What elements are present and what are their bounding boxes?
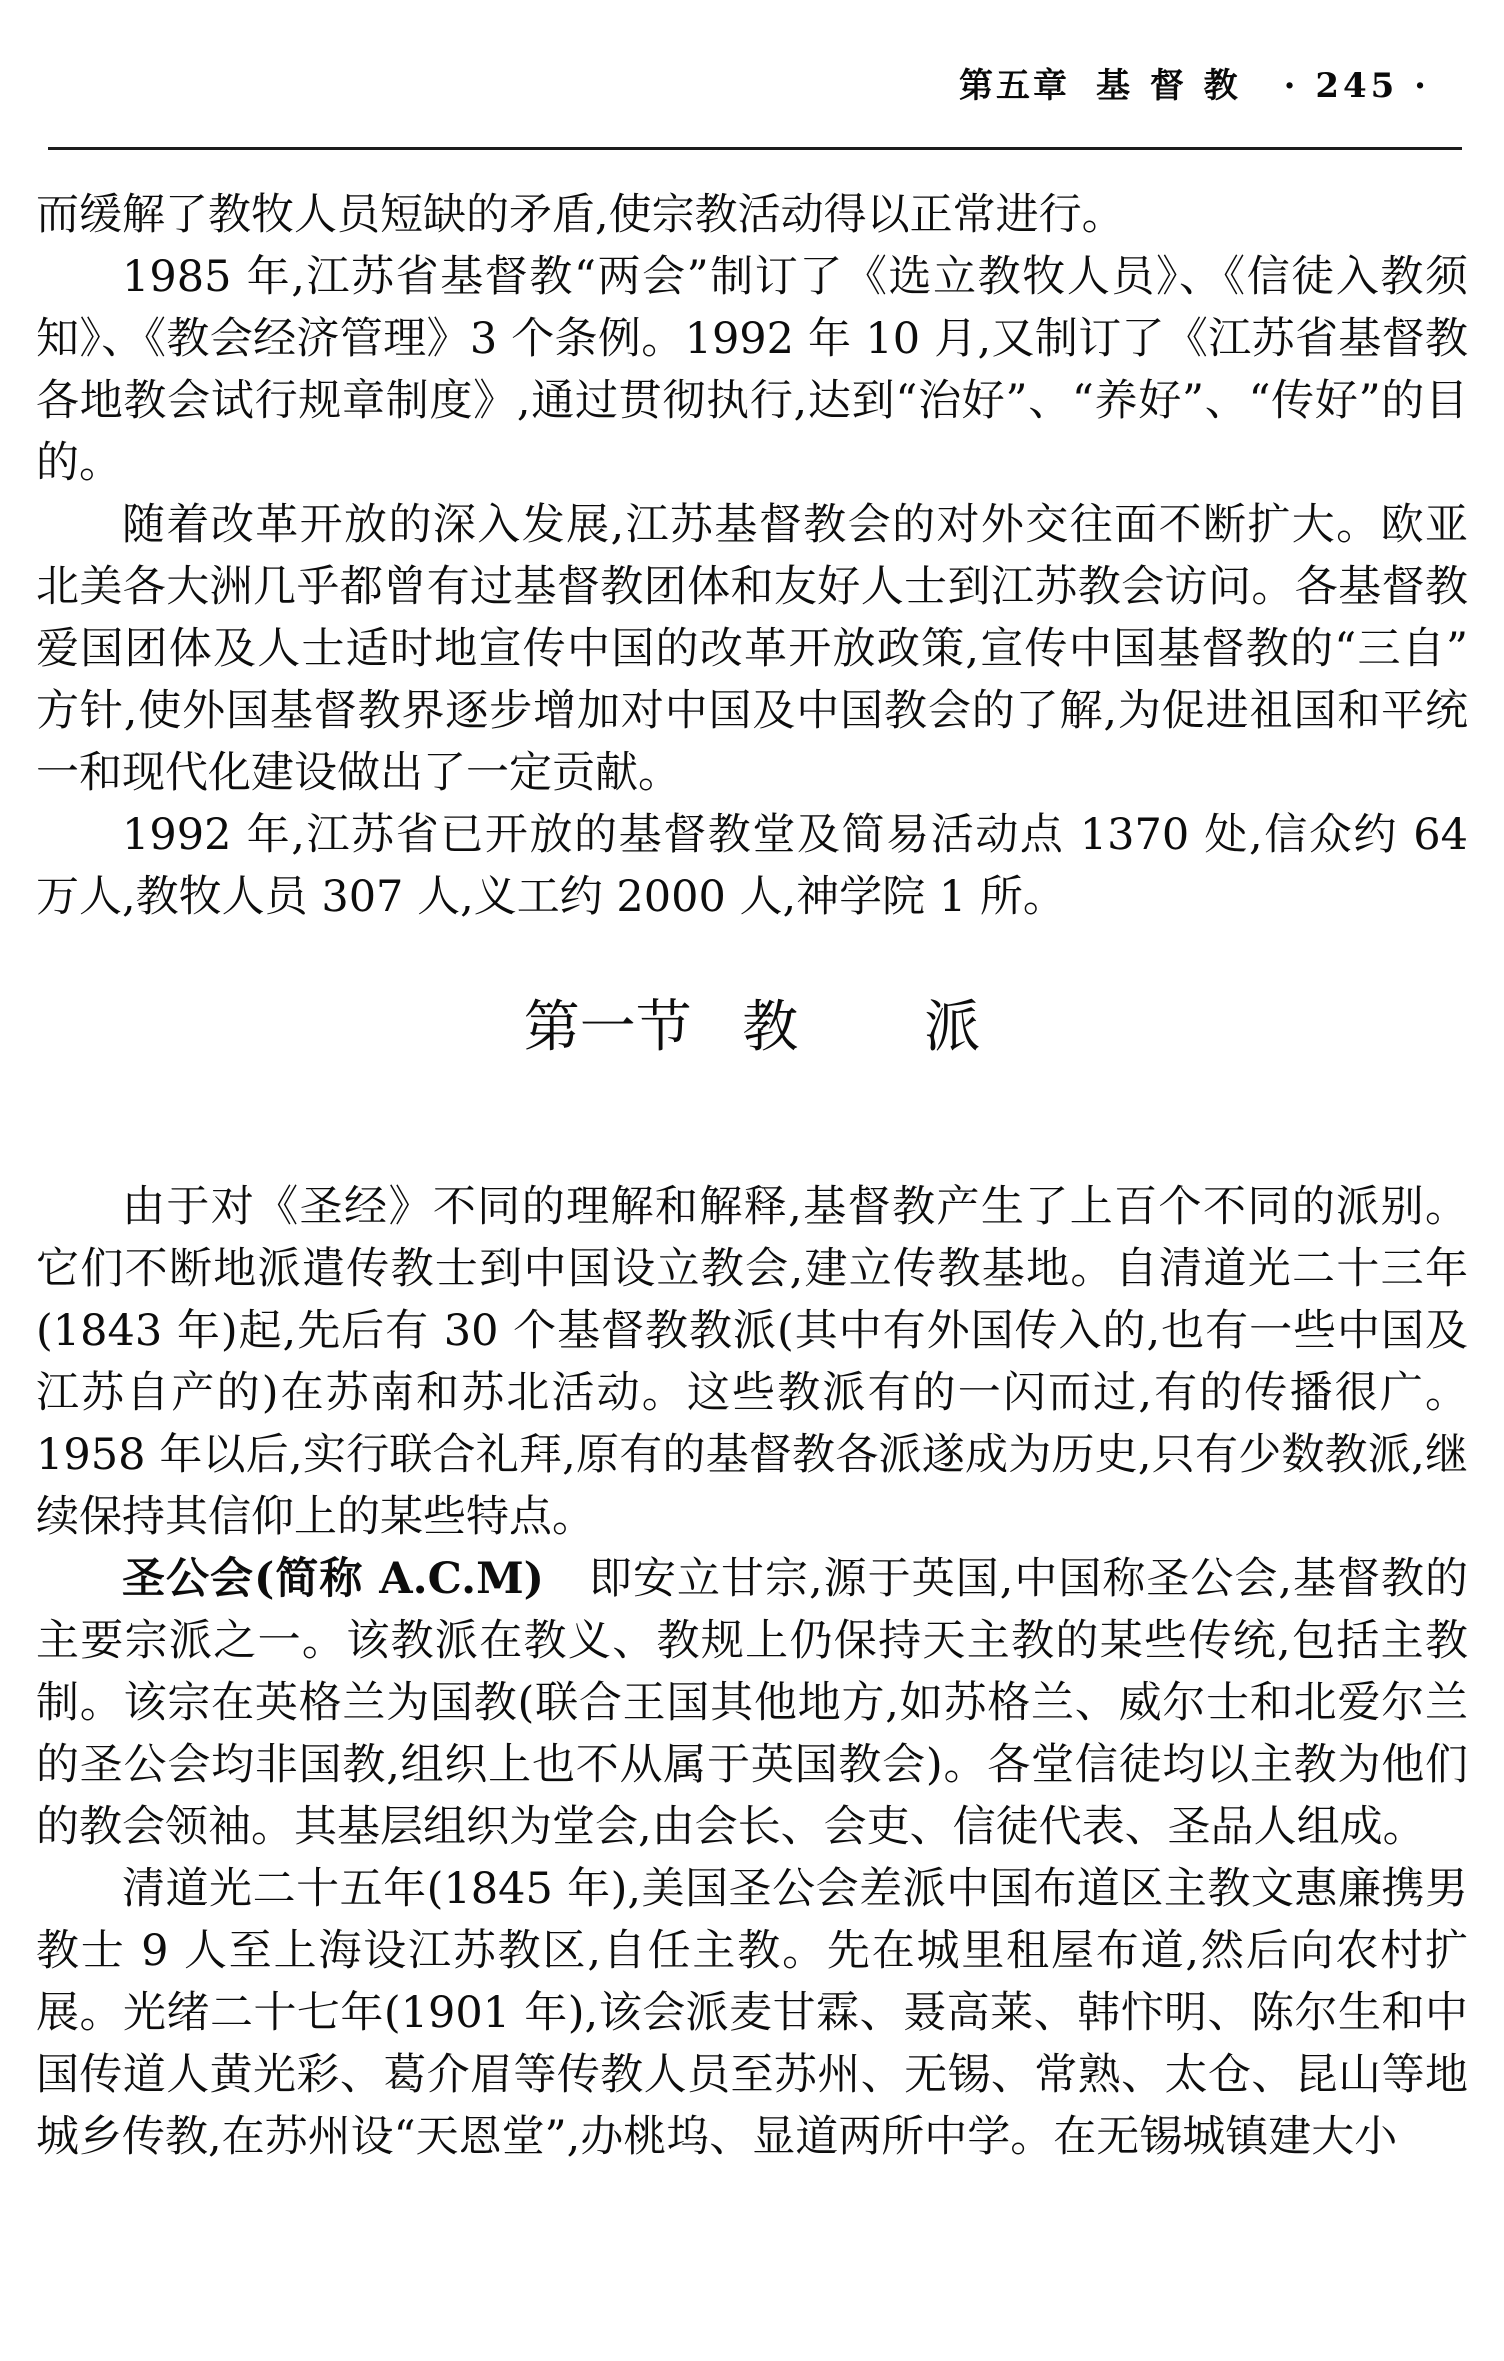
body-paragraph: 圣公会(简称 A.C.M) 即安立甘宗,源于英国,中国称圣公会,基督教的主要宗派… xyxy=(36,1548,1468,1858)
upper-text-block: 而缓解了教牧人员短缺的矛盾,使宗教活动得以正常进行。 1985 年,江苏省基督教… xyxy=(36,184,1468,928)
chapter-label: 第五章 xyxy=(959,66,1070,106)
section-title-char-1: 教 xyxy=(742,995,798,1060)
body-paragraph: 1992 年,江苏省已开放的基督教堂及简易活动点 1370 处,信众约 64 万… xyxy=(36,804,1468,928)
page-header: 第五章基 督 教· 245 · xyxy=(0,58,1430,107)
lower-text-block: 由于对《圣经》不同的理解和解释,基督教产生了上百个不同的派别。它们不断地派遣传教… xyxy=(36,1176,1468,2168)
body-paragraph: 1985 年,江苏省基督教“两会”制订了《选立教牧人员》、《信徒入教须知》、《教… xyxy=(36,246,1468,494)
body-paragraph: 由于对《圣经》不同的理解和解释,基督教产生了上百个不同的派别。它们不断地派遣传教… xyxy=(36,1176,1468,1548)
body-paragraph: 清道光二十五年(1845 年),美国圣公会差派中国布道区主教文惠廉携男教士 9 … xyxy=(36,1858,1468,2168)
body-paragraph: 随着改革开放的深入发展,江苏基督教会的对外交往面不断扩大。欧亚北美各大洲几乎都曾… xyxy=(36,494,1468,804)
section-number: 第一节 xyxy=(524,995,692,1060)
chapter-title: 基 督 教 xyxy=(1096,66,1242,106)
book-page: 第五章基 督 教· 245 · 而缓解了教牧人员短缺的矛盾,使宗教活动得以正常进… xyxy=(0,0,1504,2361)
denomination-term: 圣公会(简称 A.C.M) xyxy=(122,1554,544,1604)
body-paragraph-continuation: 而缓解了教牧人员短缺的矛盾,使宗教活动得以正常进行。 xyxy=(36,184,1468,246)
section-title-char-2: 派 xyxy=(924,995,980,1060)
page-number: · 245 · xyxy=(1284,66,1430,106)
header-rule xyxy=(48,147,1462,150)
section-heading: 第一节教派 xyxy=(0,994,1504,1061)
